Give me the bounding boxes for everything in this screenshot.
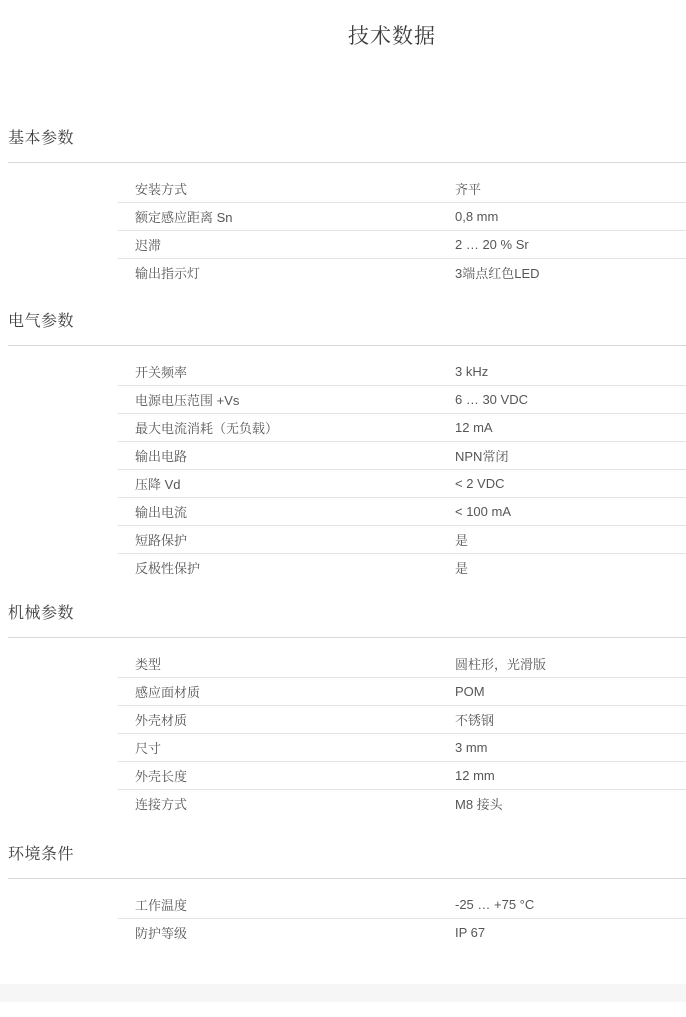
spec-row: 输出电流< 100 mA: [118, 497, 686, 525]
spec-label: 类型: [135, 654, 455, 673]
spec-value: 是: [455, 530, 686, 549]
spec-label: 输出电流: [135, 502, 455, 521]
page-title: 技术数据: [348, 26, 686, 48]
footer-band: [0, 984, 686, 1002]
spec-value: < 100 mA: [455, 504, 686, 519]
spec-value: 6 … 30 VDC: [455, 392, 686, 407]
section-divider: [8, 162, 686, 163]
spec-row: 输出指示灯3端点红色LED: [118, 258, 686, 286]
spec-label: 连接方式: [135, 794, 455, 813]
spec-row: 电源电压范围 +Vs6 … 30 VDC: [118, 385, 686, 413]
spec-section: 基本参数安装方式齐平额定感应距离 Sn0,8 mm迟滞2 … 20 % Sr输出…: [0, 131, 686, 286]
spec-table: 安装方式齐平额定感应距离 Sn0,8 mm迟滞2 … 20 % Sr输出指示灯3…: [118, 174, 686, 286]
spec-row: 防护等级IP 67: [118, 918, 686, 946]
spec-row: 反极性保护是: [118, 553, 686, 581]
spec-label: 压降 Vd: [135, 474, 455, 493]
spec-label: 额定感应距离 Sn: [135, 207, 455, 226]
spec-value: 2 … 20 % Sr: [455, 237, 686, 252]
spec-value: 12 mm: [455, 768, 686, 783]
spec-row: 安装方式齐平: [118, 174, 686, 202]
spec-label: 防护等级: [135, 923, 455, 942]
spec-value: NPN常闭: [455, 446, 686, 465]
spec-table: 工作温度-25 … +75 °C防护等级IP 67: [118, 890, 686, 946]
spec-value: 是: [455, 558, 686, 577]
spec-value: 圆柱形，光滑版: [455, 654, 686, 673]
spec-label: 外壳长度: [135, 766, 455, 785]
spec-label: 开关频率: [135, 362, 455, 381]
spec-label: 安装方式: [135, 179, 455, 198]
spec-row: 感应面材质POM: [118, 677, 686, 705]
spec-value: 齐平: [455, 179, 686, 198]
section-divider: [8, 345, 686, 346]
spec-table: 类型圆柱形，光滑版感应面材质POM外壳材质不锈钢尺寸3 mm外壳长度12 mm连…: [118, 649, 686, 817]
spec-label: 短路保护: [135, 530, 455, 549]
spec-row: 外壳材质不锈钢: [118, 705, 686, 733]
spec-row: 额定感应距离 Sn0,8 mm: [118, 202, 686, 230]
spec-label: 电源电压范围 +Vs: [135, 390, 455, 409]
section-divider: [8, 637, 686, 638]
spec-row: 压降 Vd< 2 VDC: [118, 469, 686, 497]
spec-value: 0,8 mm: [455, 209, 686, 224]
section-divider: [8, 878, 686, 879]
spec-label: 输出指示灯: [135, 263, 455, 282]
technical-data-page: 技术数据 基本参数安装方式齐平额定感应距离 Sn0,8 mm迟滞2 … 20 %…: [0, 0, 686, 1017]
spec-label: 最大电流消耗（无负载）: [135, 418, 455, 437]
spec-label: 感应面材质: [135, 682, 455, 701]
spec-row: 外壳长度12 mm: [118, 761, 686, 789]
spec-row: 工作温度-25 … +75 °C: [118, 890, 686, 918]
spec-value: IP 67: [455, 925, 686, 940]
spec-label: 尺寸: [135, 738, 455, 757]
spec-section: 环境条件工作温度-25 … +75 °C防护等级IP 67: [0, 847, 686, 946]
spec-table: 开关频率3 kHz电源电压范围 +Vs6 … 30 VDC最大电流消耗（无负载）…: [118, 357, 686, 581]
spec-row: 类型圆柱形，光滑版: [118, 649, 686, 677]
section-heading: 基本参数: [8, 131, 686, 147]
spec-value: 3端点红色LED: [455, 263, 686, 282]
spec-row: 连接方式M8 接头: [118, 789, 686, 817]
spec-value: -25 … +75 °C: [455, 897, 686, 912]
spec-row: 开关频率3 kHz: [118, 357, 686, 385]
section-heading: 机械参数: [8, 606, 686, 622]
spec-value: 3 mm: [455, 740, 686, 755]
spec-label: 工作温度: [135, 895, 455, 914]
spec-value: 3 kHz: [455, 364, 686, 379]
spec-label: 反极性保护: [135, 558, 455, 577]
spec-label: 输出电路: [135, 446, 455, 465]
spec-row: 输出电路NPN常闭: [118, 441, 686, 469]
section-heading: 电气参数: [8, 314, 686, 330]
spec-row: 迟滞2 … 20 % Sr: [118, 230, 686, 258]
sections-container: 基本参数安装方式齐平额定感应距离 Sn0,8 mm迟滞2 … 20 % Sr输出…: [0, 131, 686, 946]
spec-row: 短路保护是: [118, 525, 686, 553]
spec-value: M8 接头: [455, 794, 686, 813]
section-heading: 环境条件: [8, 847, 686, 863]
spec-label: 迟滞: [135, 235, 455, 254]
spec-value: < 2 VDC: [455, 476, 686, 491]
spec-value: 不锈钢: [455, 710, 686, 729]
spec-value: POM: [455, 684, 686, 699]
spec-row: 尺寸3 mm: [118, 733, 686, 761]
spec-section: 电气参数开关频率3 kHz电源电压范围 +Vs6 … 30 VDC最大电流消耗（…: [0, 314, 686, 581]
spec-label: 外壳材质: [135, 710, 455, 729]
spec-value: 12 mA: [455, 420, 686, 435]
spec-section: 机械参数类型圆柱形，光滑版感应面材质POM外壳材质不锈钢尺寸3 mm外壳长度12…: [0, 606, 686, 817]
spec-row: 最大电流消耗（无负载）12 mA: [118, 413, 686, 441]
